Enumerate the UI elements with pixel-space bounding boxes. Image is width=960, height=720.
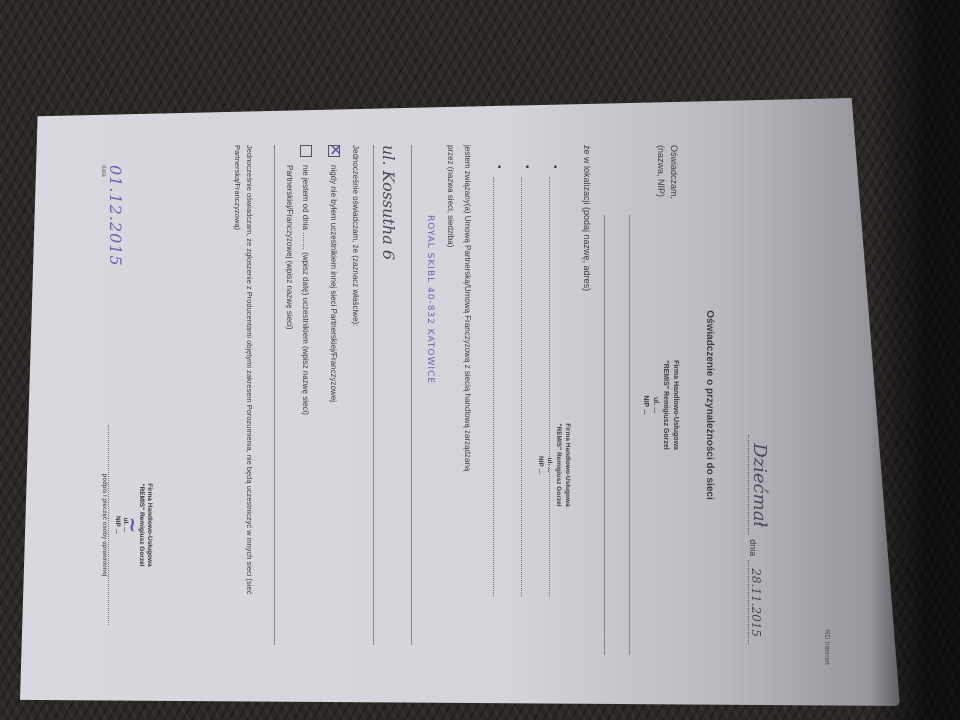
date-prefix: dnia: [748, 539, 758, 556]
divider: [411, 145, 412, 645]
statement-intro: że w lokalizacji (podaj nazwę, adres): [582, 145, 592, 291]
network-handwritten-line2: ul. Kossutha 6: [379, 145, 398, 260]
divider: [629, 215, 630, 655]
option-not-member-since[interactable]: nie jestem od dnia ........ (wpisz datę)…: [300, 145, 312, 415]
signature-date: 01.12.2015 data: [100, 165, 125, 267]
option-network-name: Partnerskiej/Franczyzowej (wpisz nazwę s…: [285, 165, 294, 330]
place-date: Dziećmał dnia 28.11.2015: [748, 435, 770, 645]
option-never-member[interactable]: nigdy nie byłem uczestnikiem innej sieci…: [328, 145, 340, 402]
divider: [604, 215, 605, 655]
document-title: Oświadczenie o przynależności do sieci: [704, 125, 715, 685]
location-row: •: [521, 165, 532, 597]
options-intro: Jednocześnie oświadczam, że (zaznacz wła…: [351, 145, 360, 326]
network-label: przez (nazwa sieci, siedziba): [446, 145, 455, 247]
signature: ~: [129, 425, 137, 625]
closing-text: Jednocześnie oświadczam, że zgłoszenie z…: [231, 145, 255, 655]
declarant-label: Oświadczam, (nazwa, NIP): [654, 145, 680, 199]
corner-label: RD Internet: [823, 629, 830, 665]
edge-shadow: [870, 0, 960, 720]
network-handwritten: ROYAL SKIBL 40-832 KATOWICE: [425, 215, 435, 384]
company-stamp: Firma Handlowo-Usługowa "REMIS" Remigius…: [100, 425, 153, 625]
divider: [274, 145, 275, 645]
date-handwritten: 28.11.2015: [748, 560, 763, 645]
divider: [373, 145, 374, 645]
company-block: Firma Handlowo-Usługowa "REMIS" Remigius…: [640, 325, 680, 485]
location-block: Firma Handlowo-Usługowa "REMIS" Remigius…: [536, 385, 572, 545]
checkbox-checked[interactable]: [328, 145, 340, 157]
membership-text: jestem związany(a) Umową Partnerską/Umow…: [463, 145, 472, 471]
place-handwritten: Dziećmał: [748, 435, 770, 535]
checkbox[interactable]: [300, 145, 312, 157]
location-row: •: [493, 165, 504, 597]
document-page: RD Internet Dziećmał dnia 28.11.2015 Ośw…: [60, 125, 860, 685]
